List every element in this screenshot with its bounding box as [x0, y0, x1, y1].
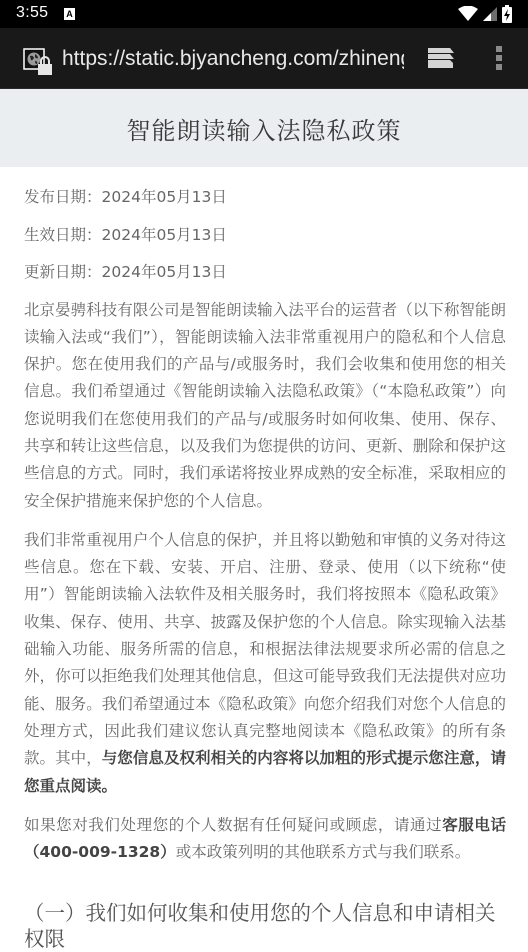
- status-icons: [458, 6, 512, 22]
- status-bar: 3:55 A: [0, 0, 528, 28]
- contact-paragraph: 如果您对我们处理您的个人数据有任何疑问或顾虑，请通过客服电话（400-009-1…: [24, 812, 506, 867]
- globe-lock-icon: [23, 47, 55, 77]
- tabs-button[interactable]: [426, 46, 458, 70]
- site-security-button[interactable]: [23, 47, 55, 77]
- importance-paragraph: 我们非常重视用户个人信息的保护，并且将以勤勉和审慎的义务对待这些信息。您在下载、…: [24, 527, 506, 800]
- policy-content: 发布日期：2024年05月13日 生效日期：2024年05月13日 更新日期：2…: [24, 180, 506, 940]
- wifi-icon: [458, 6, 478, 22]
- section-heading-1: （一）我们如何收集和使用您的个人信息和申请相关权限: [24, 900, 506, 940]
- page-header: 智能朗读输入法隐私政策: [0, 89, 528, 167]
- a-icon: A: [64, 8, 75, 20]
- importance-text: 我们非常重视用户个人信息的保护，并且将以勤勉和审慎的义务对待这些信息。您在下载、…: [24, 531, 506, 767]
- overflow-menu-icon: [490, 44, 510, 72]
- contact-text-a: 如果您对我们处理您的个人数据有任何疑问或顾虑，请通过: [24, 816, 442, 834]
- update-date: 更新日期：2024年05月13日: [24, 255, 506, 293]
- publish-date: 发布日期：2024年05月13日: [24, 180, 506, 218]
- url-bar[interactable]: https://static.bjyancheng.com/zhineng: [62, 46, 404, 72]
- page-title: 智能朗读输入法隐私政策: [127, 111, 402, 146]
- battery-charging-icon: [502, 5, 512, 23]
- contact-text-b: 或本政策列明的其他联系方式与我们联系。: [176, 843, 471, 861]
- status-time: 3:55: [16, 4, 48, 22]
- browser-toolbar: https://static.bjyancheng.com/zhineng: [0, 28, 528, 89]
- effective-date-value: 2024年05月13日: [102, 226, 227, 244]
- overflow-menu-button[interactable]: [490, 44, 510, 72]
- publish-date-label: 发布日期：: [24, 188, 102, 206]
- update-date-value: 2024年05月13日: [102, 263, 227, 281]
- effective-date-label: 生效日期：: [24, 226, 102, 244]
- cellular-signal-icon: [482, 6, 498, 22]
- publish-date-value: 2024年05月13日: [102, 188, 227, 206]
- effective-date: 生效日期：2024年05月13日: [24, 218, 506, 256]
- update-date-label: 更新日期：: [24, 263, 102, 281]
- tabs-stack-icon: [426, 46, 458, 70]
- intro-paragraph: 北京晏骋科技有限公司是智能朗读输入法平台的运营者（以下称智能朗读输入法或“我们”…: [24, 297, 506, 515]
